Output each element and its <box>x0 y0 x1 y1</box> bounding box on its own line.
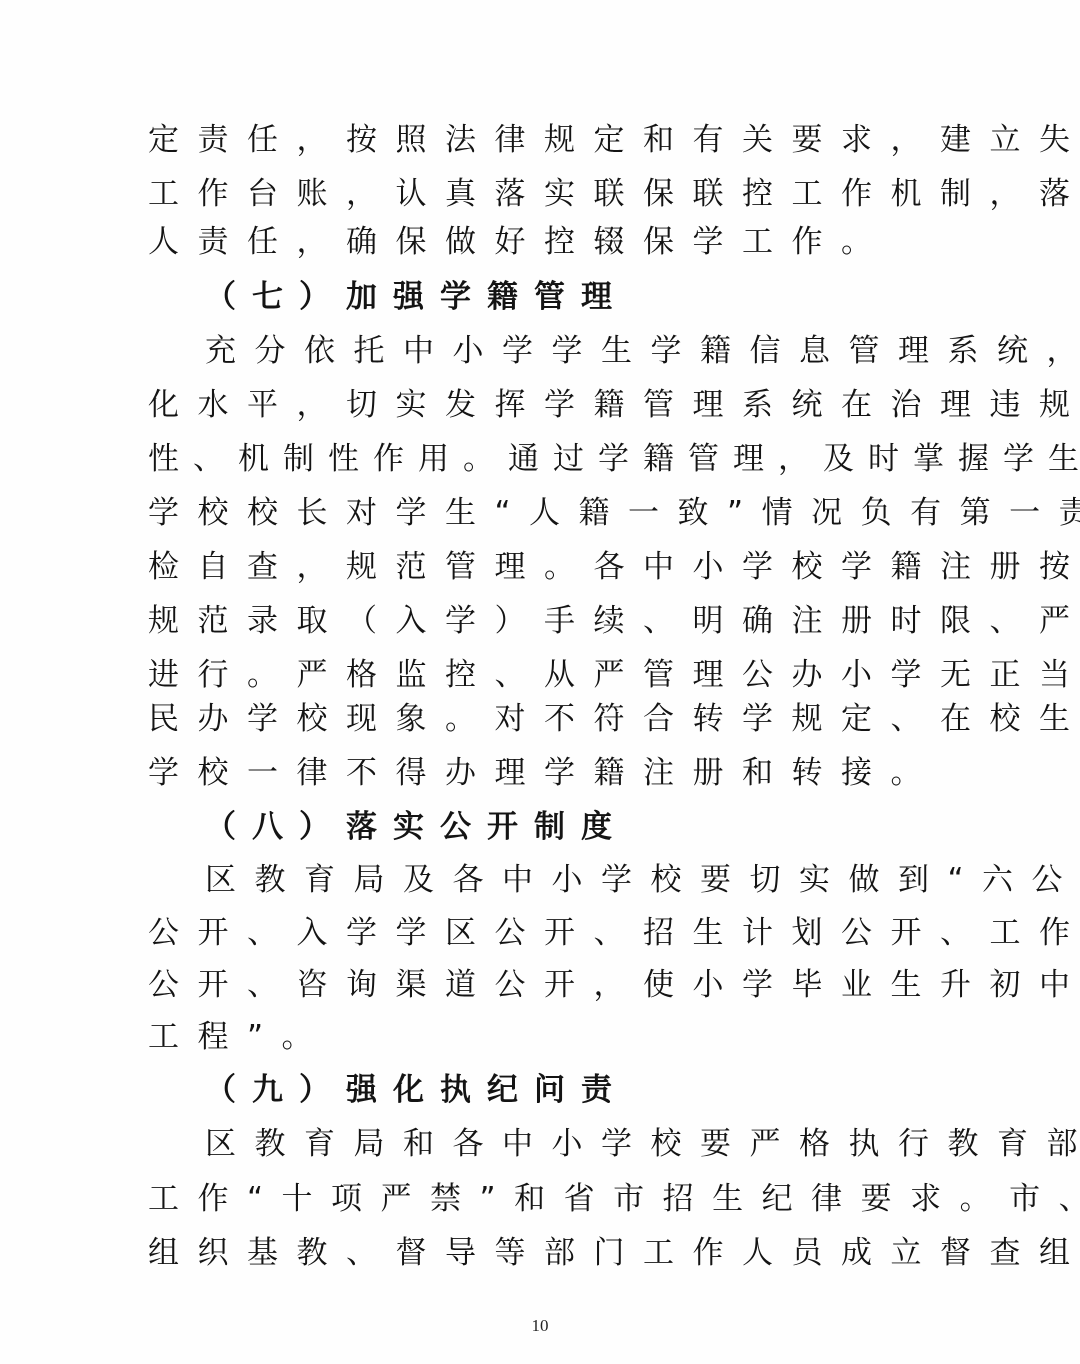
text-line: 学校校长对学生“人籍一致”情况负有第一责任，要定期进行自 <box>148 486 948 540</box>
text-line: 民办学校现象。对不符合转学规定、在校生超过核定办学规模的 <box>148 692 948 746</box>
document-page: 定责任，按照法律规定和有关要求，建立失学辍学适龄儿童少年 工作台账，认真落实联保… <box>0 0 1080 1364</box>
text-line: 性、机制性作用。通过学籍管理，及时掌握学生流动和辍学情况。 <box>148 432 948 486</box>
text-line: 区教育局和各中小学校要严格执行教育部普通中小学招生 <box>205 1117 1005 1171</box>
section-heading-7: （七）加强学籍管理 <box>205 270 1005 324</box>
text-line: 区教育局及各中小学校要切实做到“六公开”，即入学办法 <box>205 853 1005 907</box>
text-line: 人责任，确保做好控辍保学工作。 <box>148 215 948 269</box>
page-number: 10 <box>0 1316 1080 1336</box>
text-line: 公开、咨询渠道公开，使小学毕业生升初中工作真正成为“阳光 <box>148 958 948 1012</box>
section-heading-8: （八）落实公开制度 <box>205 800 1005 854</box>
text-line: 充分依托中小学学生学籍信息管理系统，提升教育管理信息 <box>205 324 1005 378</box>
text-line: 组织基教、督导等部门工作人员成立督查组，对小学毕业生升初 <box>148 1226 948 1280</box>
text-line: 公开、入学学区公开、招生计划公开、工作程序公开、入学结果 <box>148 906 948 960</box>
text-line: 工程”。 <box>148 1010 948 1064</box>
text-line: 规范录取（入学）手续、明确注册时限、严格逐校审核”的办法 <box>148 594 948 648</box>
text-line: 检自查，规范管理。各中小学校学籍注册按照“严格计划审核、 <box>148 540 948 594</box>
text-line: 学校一律不得办理学籍注册和转接。 <box>148 746 948 800</box>
text-line: 工作“十项严禁”和省市招生纪律要求。市、区教育行政部门将 <box>148 1172 948 1226</box>
text-line: 工作台账，认真落实联保联控工作机制，落实政府、学校、监护 <box>148 167 948 221</box>
section-heading-9: （九）强化执纪问责 <box>205 1063 1005 1117</box>
text-line: 定责任，按照法律规定和有关要求，建立失学辍学适龄儿童少年 <box>148 113 948 167</box>
text-line: 化水平，切实发挥学籍管理系统在治理违规择校问题上的基础 <box>148 378 948 432</box>
